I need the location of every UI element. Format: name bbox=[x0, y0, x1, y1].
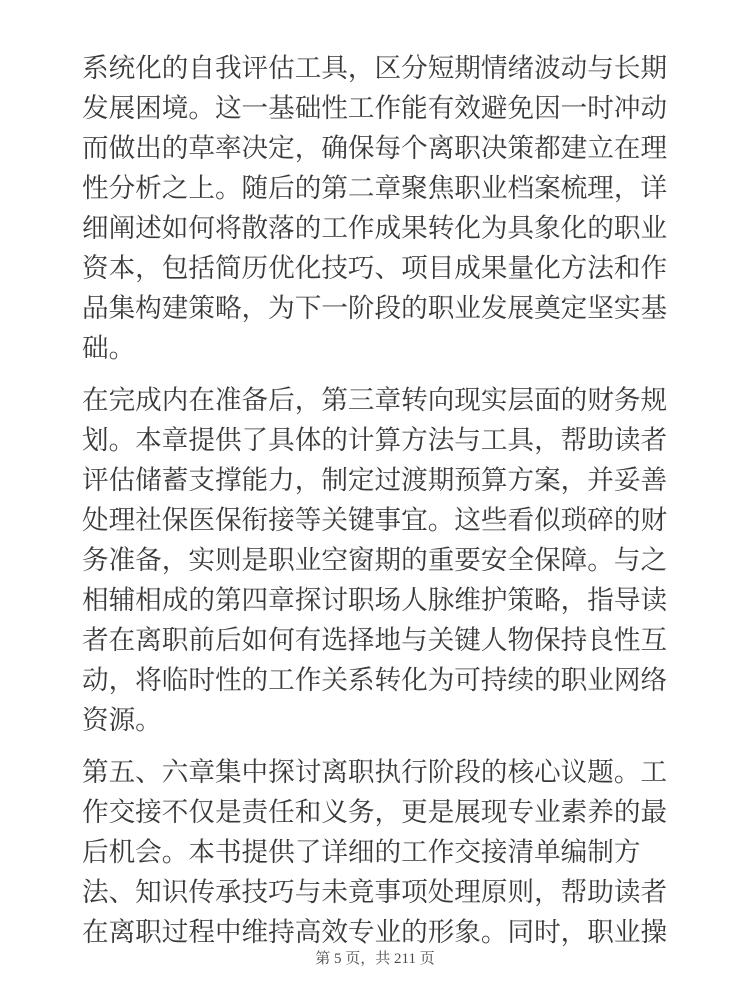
page-content: 系统化的自我评估工具，区分短期情绪波动与长期发展困境。这一基础性工作能有效避免因… bbox=[82, 48, 670, 964]
paragraph: 系统化的自我评估工具，区分短期情绪波动与长期发展困境。这一基础性工作能有效避免因… bbox=[82, 48, 670, 368]
document-page: 系统化的自我评估工具，区分短期情绪波动与长期发展困境。这一基础性工作能有效避免因… bbox=[0, 0, 750, 1000]
paragraph: 在完成内在准备后，第三章转向现实层面的财务规划。本章提供了具体的计算方法与工具，… bbox=[82, 380, 670, 740]
paragraph: 第五、六章集中探讨离职执行阶段的核心议题。工作交接不仅是责任和义务，更是展现专业… bbox=[82, 752, 670, 952]
page-number-footer: 第 5 页，共 211 页 bbox=[0, 949, 750, 969]
